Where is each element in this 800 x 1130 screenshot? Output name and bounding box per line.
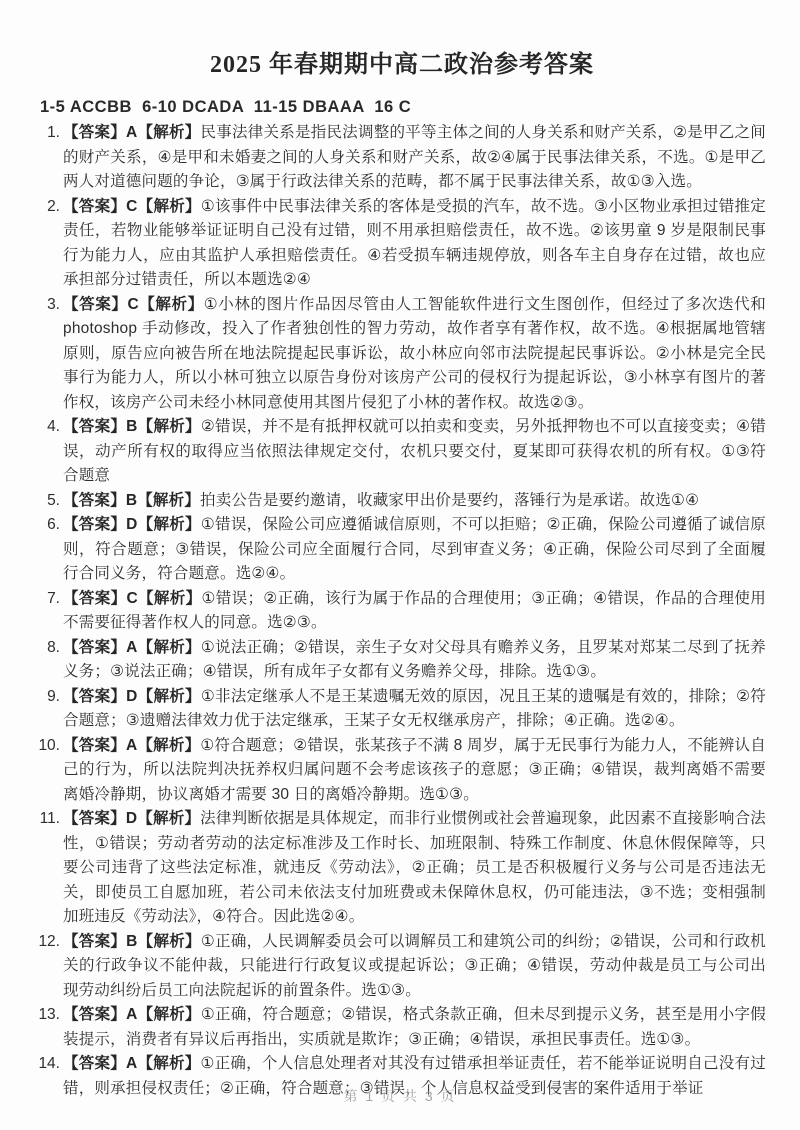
answer-letter: A	[126, 1055, 137, 1072]
answer-label: 【答案】	[63, 933, 126, 950]
item-body: 【答案】C【解析】①小林的图片作品因尽管由人工智能软件进行文生图创作，但经过了多…	[63, 293, 766, 416]
analysis-label: 【解析】	[137, 492, 200, 509]
analysis-label: 【解析】	[137, 1055, 200, 1072]
item-number: 1.	[38, 121, 63, 195]
answer-summary-line: 1-5 ACCBB 6-10 DCADA 11-15 DBAAA 16 C	[38, 96, 766, 118]
answer-letter: B	[126, 933, 137, 950]
answer-letter: C	[127, 296, 138, 313]
item-number: 9.	[38, 685, 63, 734]
item-number: 3.	[38, 293, 63, 416]
analysis-label: 【解析】	[139, 296, 204, 313]
analysis-label: 【解析】	[138, 590, 202, 607]
answer-label: 【答案】	[63, 1055, 126, 1072]
answer-letter: B	[126, 492, 137, 509]
answer-item: 2. 【答案】C【解析】①该事件中民事法律关系的客体是受损的汽车，故不选。③小区…	[38, 195, 766, 293]
answer-item: 7. 【答案】C【解析】①错误；②正确，该行为属于作品的合理使用；③正确；④错误…	[38, 587, 766, 636]
item-number: 6.	[38, 513, 63, 587]
answer-item: 4. 【答案】B【解析】②错误，并不是有抵押权就可以拍卖和变卖，另外抵押物也不可…	[38, 415, 766, 489]
item-body: 【答案】D【解析】①非法定继承人不是王某遗嘱无效的原因，况且王某的遗嘱是有效的，…	[63, 685, 766, 734]
item-number: 11.	[38, 807, 63, 930]
analysis-text: 拍卖公告是要约邀请，收藏家甲出价是要约，落锤行为是承诺。故选①④	[200, 492, 699, 509]
answer-label: 【答案】	[63, 516, 126, 533]
answer-label: 【答案】	[63, 124, 126, 141]
answer-item: 1. 【答案】A【解析】民事法律关系是指民法调整的平等主体之间的人身关系和财产关…	[38, 121, 766, 195]
analysis-label: 【解析】	[137, 124, 200, 141]
analysis-label: 【解析】	[138, 1006, 201, 1023]
analysis-label: 【解析】	[138, 639, 201, 656]
answer-letter: A	[126, 639, 137, 656]
answer-letter: B	[126, 418, 137, 435]
answer-item: 12. 【答案】B【解析】①正确，人民调解委员会可以调解员工和建筑公司的纠纷；②…	[38, 930, 766, 1004]
answer-label: 【答案】	[63, 296, 127, 313]
answer-label: 【答案】	[63, 737, 126, 754]
answer-item: 11. 【答案】D【解析】法律判断依据是具体规定，而非行业惯例或社会普遍现象，此…	[38, 807, 766, 930]
analysis-text: 法律判断依据是具体规定，而非行业惯例或社会普遍现象，此因素不直接影响合法性，①错…	[63, 810, 766, 925]
answer-list: 1. 【答案】A【解析】民事法律关系是指民法调整的平等主体之间的人身关系和财产关…	[38, 121, 766, 1101]
answer-letter: A	[126, 124, 137, 141]
item-number: 12.	[38, 930, 63, 1004]
item-number: 5.	[38, 489, 63, 514]
answer-label: 【答案】	[63, 418, 126, 435]
analysis-label: 【解析】	[138, 198, 201, 215]
answer-label: 【答案】	[63, 198, 126, 215]
document-page: 2025 年春期期中高二政治参考答案 1-5 ACCBB 6-10 DCADA …	[0, 0, 800, 1130]
answer-label: 【答案】	[63, 590, 126, 607]
answer-item: 6. 【答案】D【解析】①错误，保险公司应遵循诚信原则，不可以拒赔；②正确，保险…	[38, 513, 766, 587]
answer-item: 10. 【答案】A【解析】①符合题意；②错误，张某孩子不满 8 周岁，属于无民事…	[38, 734, 766, 808]
item-number: 2.	[38, 195, 63, 293]
page-title: 2025 年春期期中高二政治参考答案	[38, 48, 766, 82]
answer-letter: C	[126, 198, 137, 215]
answer-label: 【答案】	[63, 810, 126, 827]
answer-letter: C	[126, 590, 137, 607]
item-body: 【答案】A【解析】民事法律关系是指民法调整的平等主体之间的人身关系和财产关系，②…	[63, 121, 766, 195]
item-body: 【答案】B【解析】拍卖公告是要约邀请，收藏家甲出价是要约，落锤行为是承诺。故选①…	[63, 489, 766, 514]
answer-item: 8. 【答案】A【解析】①说法正确；②错误，亲生子女对父母具有赡养义务，且罗某对…	[38, 636, 766, 685]
item-body: 【答案】A【解析】①正确，符合题意；②错误，格式条款正确，但未尽到提示义务，甚至…	[63, 1003, 766, 1052]
answer-item: 9. 【答案】D【解析】①非法定继承人不是王某遗嘱无效的原因，况且王某的遗嘱是有…	[38, 685, 766, 734]
answer-label: 【答案】	[63, 492, 126, 509]
answer-label: 【答案】	[63, 1006, 126, 1023]
item-body: 【答案】C【解析】①该事件中民事法律关系的客体是受损的汽车，故不选。③小区物业承…	[63, 195, 766, 293]
answer-letter: A	[126, 737, 137, 754]
analysis-label: 【解析】	[138, 933, 201, 950]
answer-item: 13. 【答案】A【解析】①正确，符合题意；②错误，格式条款正确，但未尽到提示义…	[38, 1003, 766, 1052]
item-number: 4.	[38, 415, 63, 489]
item-body: 【答案】B【解析】②错误，并不是有抵押权就可以拍卖和变卖，另外抵押物也不可以直接…	[63, 415, 766, 489]
item-number: 10.	[38, 734, 63, 808]
answer-letter: D	[126, 516, 137, 533]
answer-label: 【答案】	[63, 688, 126, 705]
item-body: 【答案】D【解析】①错误，保险公司应遵循诚信原则，不可以拒赔；②正确，保险公司遵…	[63, 513, 766, 587]
item-body: 【答案】A【解析】①符合题意；②错误，张某孩子不满 8 周岁，属于无民事行为能力…	[63, 734, 766, 808]
answer-item: 5. 【答案】B【解析】拍卖公告是要约邀请，收藏家甲出价是要约，落锤行为是承诺。…	[38, 489, 766, 514]
answer-label: 【答案】	[63, 639, 126, 656]
item-number: 7.	[38, 587, 63, 636]
analysis-label: 【解析】	[138, 688, 201, 705]
item-number: 13.	[38, 1003, 63, 1052]
analysis-label: 【解析】	[137, 737, 200, 754]
answer-letter: D	[126, 688, 137, 705]
analysis-label: 【解析】	[138, 418, 201, 435]
answer-letter: D	[126, 810, 137, 827]
page-number-footer: 第 1 页 共 3 页	[0, 1086, 800, 1106]
item-body: 【答案】C【解析】①错误；②正确，该行为属于作品的合理使用；③正确；④错误，作品…	[63, 587, 766, 636]
item-number: 8.	[38, 636, 63, 685]
analysis-label: 【解析】	[137, 810, 200, 827]
analysis-label: 【解析】	[138, 516, 201, 533]
item-body: 【答案】A【解析】①说法正确；②错误，亲生子女对父母具有赡养义务，且罗某对郑某二…	[63, 636, 766, 685]
item-body: 【答案】D【解析】法律判断依据是具体规定，而非行业惯例或社会普遍现象，此因素不直…	[63, 807, 766, 930]
item-body: 【答案】B【解析】①正确，人民调解委员会可以调解员工和建筑公司的纠纷；②错误，公…	[63, 930, 766, 1004]
answer-letter: A	[126, 1006, 137, 1023]
answer-item: 3. 【答案】C【解析】①小林的图片作品因尽管由人工智能软件进行文生图创作，但经…	[38, 293, 766, 416]
